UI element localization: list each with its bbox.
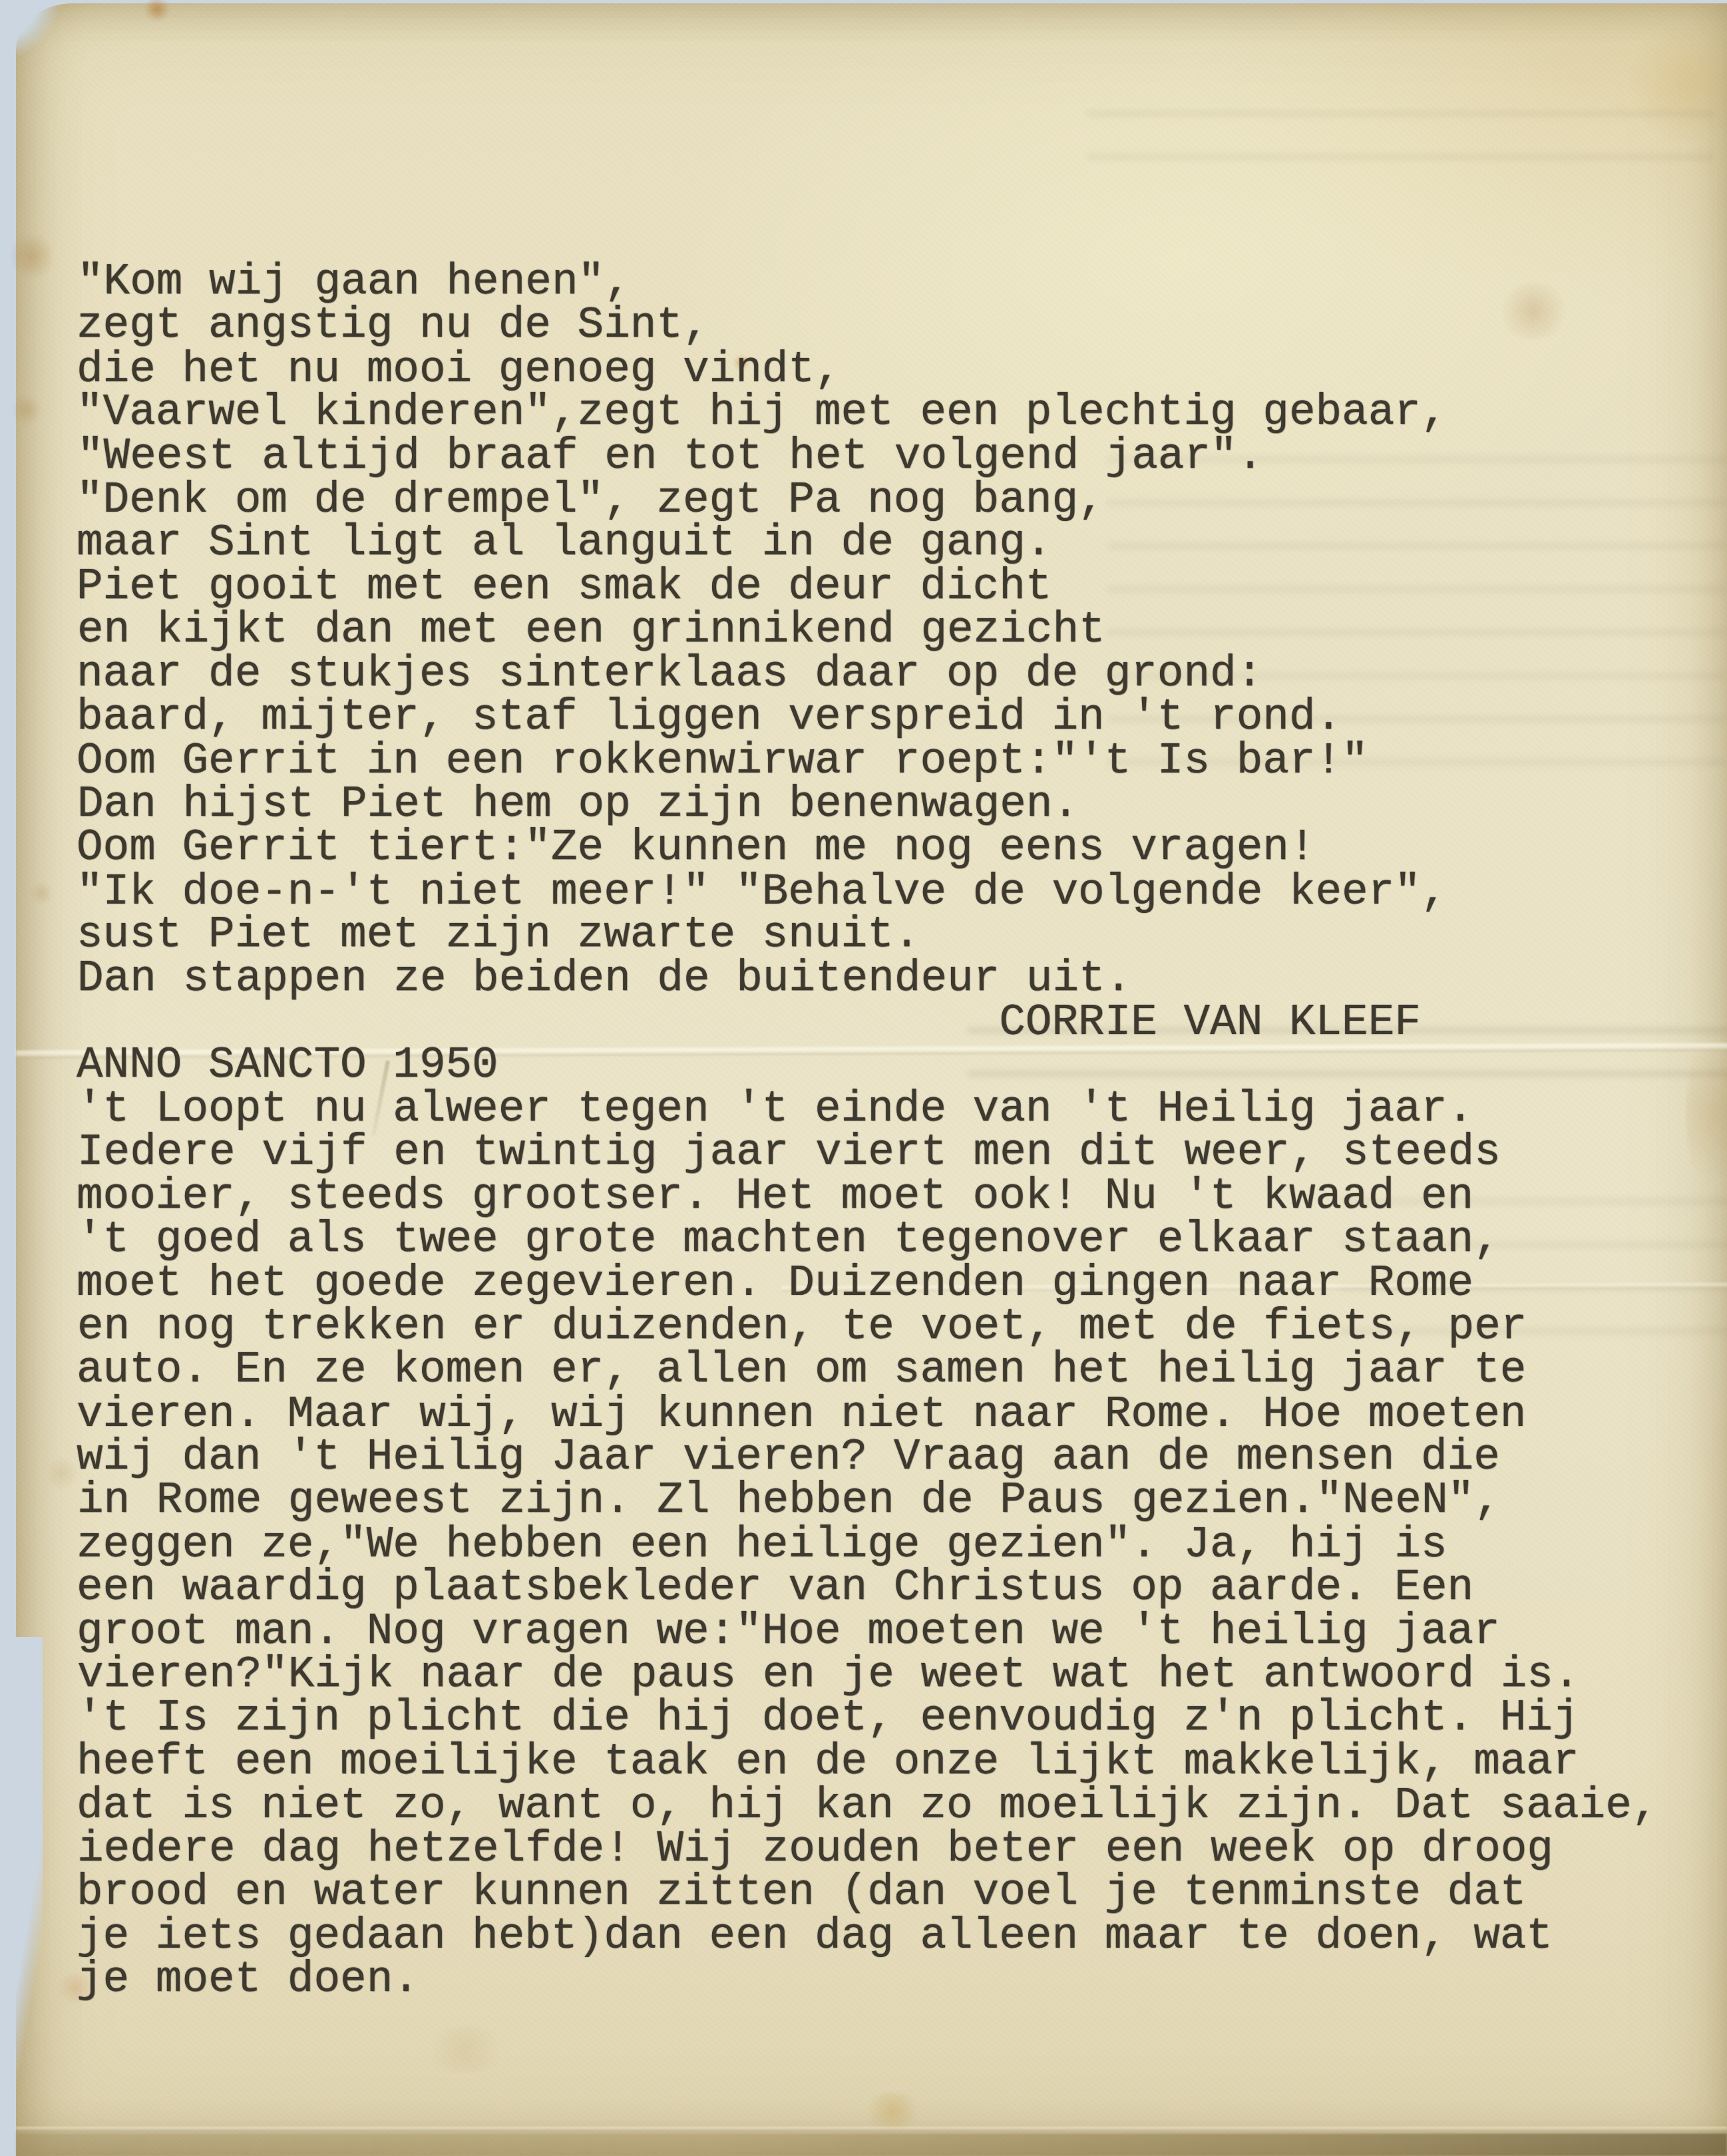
article-line: Iedere vijf en twintig jaar viert men di…: [77, 1131, 1688, 1174]
poem-line: Oom Gerrit in een rokkenwirwar roept:"'t…: [77, 739, 1687, 783]
poem-line: en kijkt dan met een grinnikend gezicht: [77, 608, 1688, 651]
poem-line: Piet gooit met een smak de deur dicht: [77, 565, 1687, 608]
scanner-background: [0, 0, 126, 100]
stain: [861, 2093, 924, 2129]
poem-line: Oom Gerrit tiert:"Ze kunnen me nog eens …: [77, 826, 1687, 869]
poem-line: maar Sint ligt al languit in de gang.: [77, 521, 1687, 564]
poem-line: Dan hijst Piet hem op zijn benenwagen.: [77, 783, 1688, 826]
article-line: moet het goede zegevieren. Duizenden gin…: [77, 1262, 1687, 1305]
article-line: vieren?"Kijk naar de paus en je weet wat…: [77, 1653, 1688, 1696]
stain: [13, 393, 40, 427]
poem-line: "Denk om de drempel", zegt Pa nog bang,: [77, 478, 1687, 522]
poem-line: zegt angstig nu de Sint,: [77, 303, 1687, 347]
article-line: en nog trekken er duizenden, te voet, me…: [77, 1305, 1688, 1348]
article-line: je moet doen.: [77, 1958, 1687, 2001]
article-heading: ANNO SANCTO 1950: [77, 1043, 1687, 1087]
scanned-document: "Kom wij gaan henen",zegt angstig nu de …: [0, 0, 1727, 2156]
poem-line: "Vaarwel kinderen",zegt hij met een plec…: [77, 391, 1687, 434]
poem-line: baard, mijter, staf liggen verspreid in …: [77, 695, 1687, 739]
article-line: mooier, steeds grootser. Het moet ook! N…: [77, 1174, 1687, 1218]
paper-bottom-edge: [16, 2133, 1727, 2156]
text-block: "Kom wij gaan henen",zegt angstig nu de …: [77, 260, 1687, 2001]
article-line: zeggen ze,"We hebben een heilige gezien"…: [77, 1523, 1687, 1566]
stain: [422, 2026, 508, 2073]
poem-line: Dan stappen ze beiden de buitendeur uit.: [77, 957, 1688, 1000]
ink-bleedthrough: [1087, 110, 1713, 190]
article-line: wij dan 't Heilig Jaar vieren? Vraag aan…: [77, 1435, 1687, 1479]
article-line: 't Is zijn plicht die hij doet, eenvoudi…: [77, 1696, 1687, 1739]
article-line: heeft een moeilijke taak en de onze lijk…: [77, 1740, 1687, 1783]
poem-line: "Kom wij gaan henen",: [77, 260, 1688, 303]
poem-line: die het nu mooi genoeg vindt,: [77, 347, 1687, 391]
paper-crease: [16, 2127, 1727, 2132]
article-line: auto. En ze komen er, allen om samen het…: [77, 1348, 1687, 1391]
poem-line: "Ik doe-n-'t niet meer!" "Behalve de vol…: [77, 870, 1687, 913]
poem-author-line: CORRIE VAN KLEEF: [77, 1001, 1687, 1044]
stain: [46, 1457, 78, 1489]
article-line: groot man. Nog vragen we:"Hoe moeten we …: [77, 1610, 1687, 1653]
article-line: 't goed als twee grote machten tegenover…: [77, 1218, 1687, 1261]
poem-line: "Weest altijd braaf en tot het volgend j…: [77, 435, 1688, 478]
scanner-background: [0, 1637, 43, 2156]
stain: [31, 882, 53, 904]
article-line: brood en water kunnen zitten (dan voel j…: [77, 1871, 1687, 1914]
stain: [12, 230, 52, 283]
poem-line: sust Piet met zijn zwarte snuit.: [77, 913, 1687, 956]
article-line: een waardig plaatsbekleder van Christus …: [77, 1566, 1687, 1609]
article-line: vieren. Maar wij, wij kunnen niet naar R…: [77, 1392, 1687, 1435]
poem-line: naar de stukjes sinterklaas daar op de g…: [77, 652, 1687, 695]
article-line: dat is niet zo, want o, hij kan zo moeil…: [77, 1784, 1687, 1827]
article-line: in Rome geweest zijn. Zl hebben de Paus …: [77, 1479, 1688, 1522]
article-line: je iets gedaan hebt)dan een dag alleen m…: [77, 1914, 1687, 1958]
article-line: 't Loopt nu alweer tegen 't einde van 't…: [77, 1087, 1687, 1131]
article-line: iedere dag hetzelfde! Wij zouden beter e…: [77, 1827, 1688, 1871]
